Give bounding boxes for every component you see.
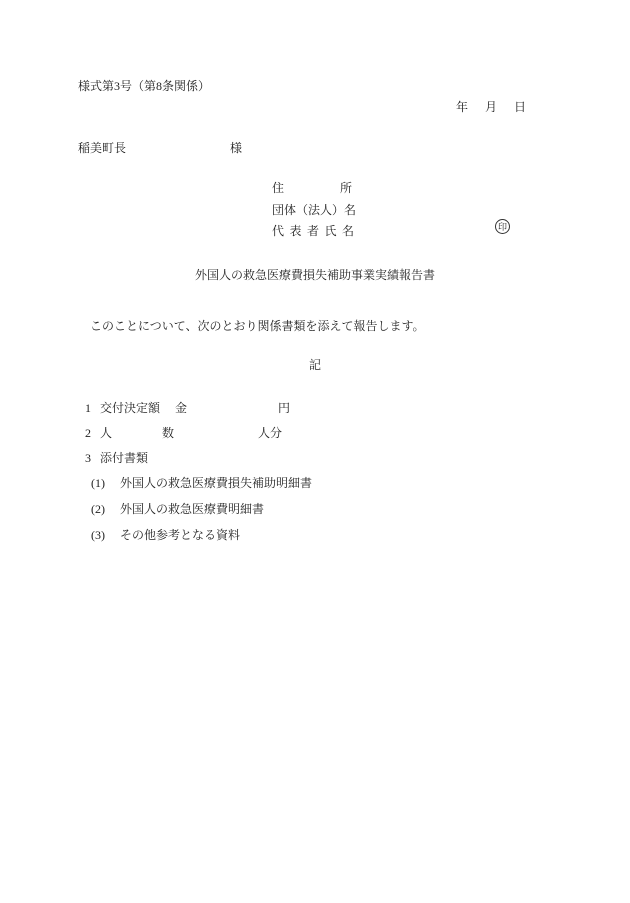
item-1-label: 交付決定額 xyxy=(100,401,160,416)
date-day-label: 日 xyxy=(514,100,526,115)
attachment-1-number: (1) xyxy=(91,476,105,491)
addressee-honorific: 様 xyxy=(230,141,242,156)
sender-representative-label: 代表者氏名 xyxy=(272,224,360,239)
date-line: 年 月 日 xyxy=(456,100,526,115)
date-year-label: 年 xyxy=(456,100,468,115)
item-3-number: 3 xyxy=(85,451,91,466)
attachment-1-text: 外国人の救急医療費損失補助明細書 xyxy=(120,476,312,491)
section-marker: 記 xyxy=(0,358,630,373)
addressee-name: 稲美町長 xyxy=(78,141,126,156)
item-2-number: 2 xyxy=(85,426,91,441)
attachment-3-text: その他参考となる資料 xyxy=(120,528,240,543)
attachment-3-number: (3) xyxy=(91,528,105,543)
date-month-label: 月 xyxy=(485,100,497,115)
sender-organization-label: 団体（法人）名 xyxy=(272,203,356,218)
document-title: 外国人の救急医療費損失補助事業実績報告書 xyxy=(0,268,630,283)
attachment-2-number: (2) xyxy=(91,502,105,517)
document-page: 様式第3号（第8条関係） 年 月 日 稲美町長 様 住所 団体（法人）名 代表者… xyxy=(0,0,630,903)
item-1-unit-prefix: 金 xyxy=(175,401,187,416)
sender-address-label: 住所 xyxy=(272,181,408,196)
form-number: 様式第3号（第8条関係） xyxy=(78,79,210,94)
item-1-number: 1 xyxy=(85,401,91,416)
attachment-2-text: 外国人の救急医療費明細書 xyxy=(120,502,264,517)
item-1-unit-suffix: 円 xyxy=(278,401,290,416)
seal-mark-icon: 印 xyxy=(495,219,510,234)
body-paragraph: このことについて、次のとおり関係書類を添えて報告します。 xyxy=(90,319,425,334)
item-2-label: 人数 xyxy=(100,426,224,441)
item-3-label: 添付書類 xyxy=(100,451,148,466)
item-2-unit-suffix: 人分 xyxy=(258,426,282,441)
